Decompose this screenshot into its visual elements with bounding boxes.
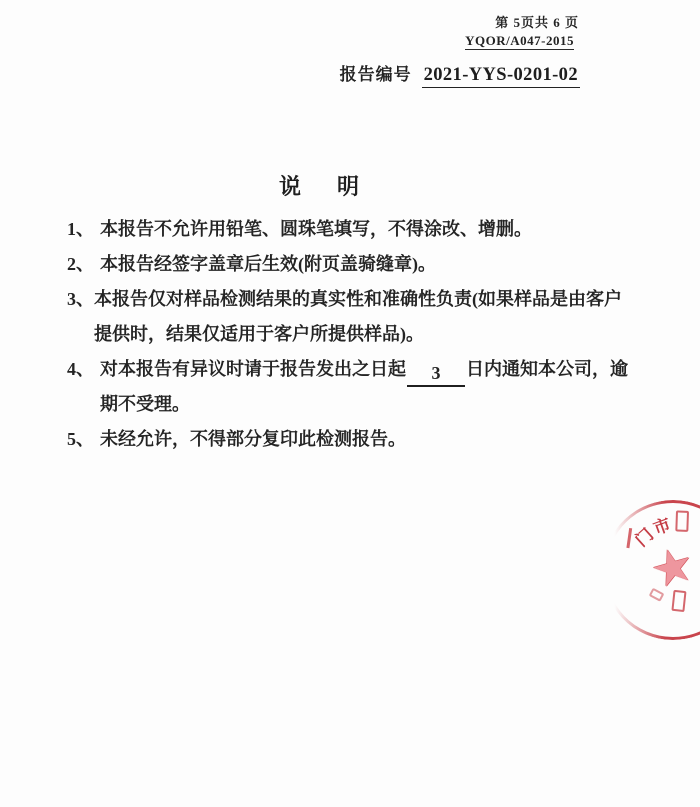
note-item-3: 3、 本报告仅对样品检测结果的真实性和准确性负责(如果样品是由客户 提供时，结果… — [67, 282, 627, 352]
note-item-1: 1、 本报告不允许用铅笔、圆珠笔填写，不得涂改、增删。 — [67, 212, 627, 247]
note-text: 未经允许，不得部分复印此检测报告。 — [100, 422, 627, 457]
note-number: 5、 — [67, 422, 100, 457]
note-number: 4、 — [67, 352, 100, 387]
note-number: 3、 — [67, 282, 94, 317]
report-number-line: 报告编号 2021-YYS-0201-02 — [340, 60, 580, 88]
official-seal-stamp: ★ 门 市 — [588, 485, 700, 654]
note-text-continued: 期不受理。 — [100, 387, 628, 422]
page-title: 说明 — [279, 170, 395, 201]
seal-character-fragment — [675, 510, 689, 531]
note-text-after-blank: 日内通知本公司，逾 — [466, 359, 628, 379]
note-text-continued: 提供时，结果仅适用于客户所提供样品)。 — [94, 317, 627, 352]
note-item-2: 2、 本报告经签字盖章后生效(附页盖骑缝章)。 — [67, 247, 627, 282]
note-text: 本报告仅对样品检测结果的真实性和准确性负责(如果样品是由客户 — [94, 282, 627, 317]
page-number-indicator: 第 5页共 6 页 — [465, 12, 579, 31]
note-number: 2、 — [67, 247, 100, 282]
seal-character-fragment — [671, 590, 686, 612]
note-text-before-blank: 对本报告有异议时请于报告发出之日起 — [100, 359, 406, 379]
report-number-value: 2021-YYS-0201-02 — [422, 65, 580, 88]
note-item-5: 5、 未经允许，不得部分复印此检测报告。 — [67, 422, 627, 457]
report-notes-page: 第 5页共 6 页 YQOR/A047-2015 报告编号 2021-YYS-0… — [0, 0, 700, 807]
page-header: 第 5页共 6 页 YQOR/A047-2015 — [465, 12, 579, 50]
note-item-4: 4、 对本报告有异议时请于报告发出之日起3日内通知本公司，逾 期不受理。 — [67, 352, 627, 422]
report-number-label: 报告编号 — [340, 65, 412, 84]
note-text: 对本报告有异议时请于报告发出之日起3日内通知本公司，逾 — [100, 352, 628, 387]
note-text: 本报告不允许用铅笔、圆珠笔填写，不得涂改、增删。 — [100, 212, 627, 247]
filled-blank-days: 3 — [407, 361, 465, 387]
note-text: 本报告经签字盖章后生效(附页盖骑缝章)。 — [100, 247, 627, 282]
notes-list: 1、 本报告不允许用铅笔、圆珠笔填写，不得涂改、增删。 2、 本报告经签字盖章后… — [67, 212, 627, 457]
note-number: 1、 — [67, 212, 100, 247]
document-code: YQOR/A047-2015 — [465, 33, 574, 50]
